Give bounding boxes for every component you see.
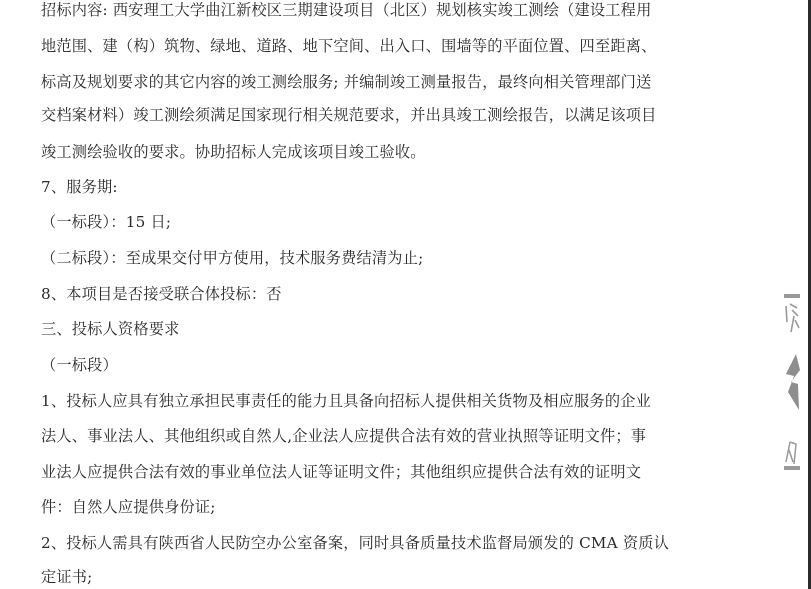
doc-line: 交档案材料）竣工测绘须满足国家现行相关规范要求，并出具竣工测绘报告，以满足该项目 [41, 105, 657, 125]
seal-stamp-icon [782, 292, 802, 472]
doc-line: 件：自然人应提供身份证; [41, 497, 216, 517]
doc-line: 1、投标人应具有独立承担民事责任的能力且具备向招标人提供相关货物及相应服务的企业 [41, 391, 651, 411]
doc-line: 业法人应提供合法有效的事业单位法人证等证明文件；其他组织应提供合法有效的证明文 [41, 462, 641, 482]
section-heading-qualifications: 三、投标人资格要求 [41, 319, 180, 339]
doc-line: 竣工测绘验收的要求。协助招标人完成该项目竣工验收。 [41, 142, 426, 162]
subsection-lot-one: （一标段） [41, 355, 118, 375]
doc-line: 标高及规划要求的其它内容的竣工测绘服务; 并编制竣工测量报告，最终向相关管理部门… [41, 72, 651, 92]
doc-line: （一标段）：15 日; [41, 212, 171, 232]
section-service-period: 7、服务期: [41, 177, 118, 197]
section-joint-bid: 8、本项目是否接受联合体投标：否 [41, 284, 282, 304]
doc-line: （二标段）：至成果交付甲方使用，技术服务费结清为止; [41, 248, 423, 268]
document-page: 招标内容: 西安理工大学曲江新校区三期建设项目（北区）规划核实竣工测绘（建设工程… [0, 0, 808, 589]
doc-line: 招标内容: 西安理工大学曲江新校区三期建设项目（北区）规划核实竣工测绘（建设工程… [41, 0, 651, 20]
doc-line: 地范围、建（构）筑物、绿地、道路、地下空间、出入口、围墙等的平面位置、四至距离、 [41, 36, 657, 56]
doc-line: 定证书; [41, 567, 92, 587]
doc-line: 2、投标人需具有陕西省人民防空办公室备案，同时具备质量技术监督局颁发的 CMA … [41, 533, 669, 553]
doc-line: 法人、事业法人、其他组织或自然人,企业法人应提供合法有效的营业执照等证明文件；事 [41, 426, 646, 446]
